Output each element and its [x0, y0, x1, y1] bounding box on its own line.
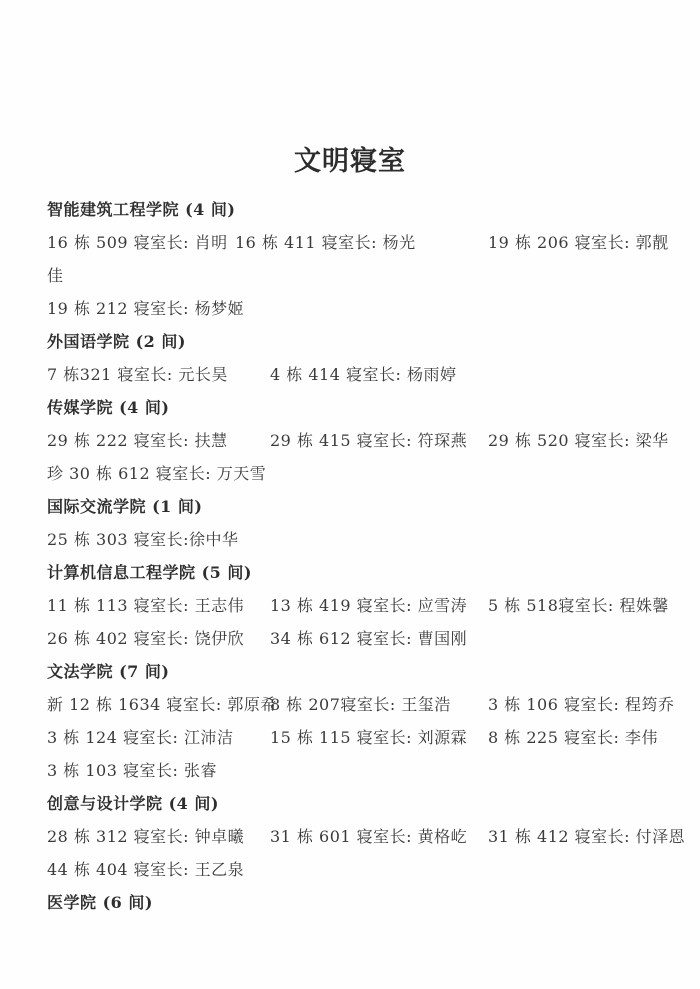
dorm-entry: 29 栋 415 寝室长: 符琛燕 [270, 428, 467, 451]
dorm-entry: 34 栋 612 寝室长: 曹国刚 [270, 626, 467, 649]
dorm-entry: 3 栋 103 寝室长: 张睿 [47, 758, 217, 781]
page-title: 文明寝室 [0, 139, 700, 178]
section-header-text: 智能建筑工程学院 (4 间) [47, 197, 235, 220]
dorm-row: 25 栋 303 寝室长:徐中华 [0, 521, 700, 554]
dorm-entry: 新 12 栋 1634 寝室长: 郭原希 [47, 692, 277, 715]
section-header: 医学院 (6 间) [0, 884, 700, 917]
dorm-row: 19 栋 212 寝室长: 杨梦姬 [0, 290, 700, 323]
dorm-row: 26 栋 402 寝室长: 饶伊欣 34 栋 612 寝室长: 曹国刚 [0, 620, 700, 653]
dorm-row: 佳 [0, 257, 700, 290]
dorm-entry: 13 栋 419 寝室长: 应雪涛 [270, 593, 467, 616]
section-header-text: 医学院 (6 间) [47, 890, 153, 913]
dorm-entry-wrap: 佳 [47, 263, 64, 286]
section-header-text: 计算机信息工程学院 (5 间) [47, 560, 252, 583]
dorm-entry: 19 栋 212 寝室长: 杨梦姬 [47, 296, 244, 319]
section-header: 文法学院 (7 间) [0, 653, 700, 686]
dorm-entry: 25 栋 303 寝室长:徐中华 [47, 527, 239, 550]
dorm-entry: 16 栋 509 寝室长: 肖明 [47, 230, 228, 253]
dorm-entry: 3 栋 106 寝室长: 程筠乔 [488, 692, 674, 715]
section-header-text: 创意与设计学院 (4 间) [47, 791, 219, 814]
dorm-row: 新 12 栋 1634 寝室长: 郭原希 8 栋 207寝室长: 王玺浩 3 栋… [0, 686, 700, 719]
dorm-entry: 44 栋 404 寝室长: 王乙泉 [47, 857, 244, 880]
dorm-row: 29 栋 222 寝室长: 扶慧 29 栋 415 寝室长: 符琛燕 29 栋 … [0, 422, 700, 455]
dorm-entry: 16 栋 411 寝室长: 杨光 [235, 230, 416, 253]
dorm-row: 11 栋 113 寝室长: 王志伟 13 栋 419 寝室长: 应雪涛 5 栋 … [0, 587, 700, 620]
section-header: 创意与设计学院 (4 间) [0, 785, 700, 818]
dorm-row: 28 栋 312 寝室长: 钟卓曦 31 栋 601 寝室长: 黄格屹 31 栋… [0, 818, 700, 851]
dorm-entry: 31 栋 412 寝室长: 付泽恩 [488, 824, 685, 847]
dorm-row: 7 栋321 寝室长: 元长昊 4 栋 414 寝室长: 杨雨婷 [0, 356, 700, 389]
dorm-row: 16 栋 509 寝室长: 肖明 16 栋 411 寝室长: 杨光 19 栋 2… [0, 224, 700, 257]
section-header: 外国语学院 (2 间) [0, 323, 700, 356]
dorm-entry: 7 栋321 寝室长: 元长昊 [47, 362, 228, 385]
dorm-entry: 5 栋 518寝室长: 程姝馨 [488, 593, 669, 616]
dorm-entry: 29 栋 222 寝室长: 扶慧 [47, 428, 228, 451]
dorm-row: 3 栋 124 寝室长: 江沛洁 15 栋 115 寝室长: 刘源霖 8 栋 2… [0, 719, 700, 752]
dorm-entry-wrap: 珍 30 栋 612 寝室长: 万天雪 [47, 461, 266, 484]
dorm-entry: 29 栋 520 寝室长: 梁华 [488, 428, 669, 451]
dorm-entry: 11 栋 113 寝室长: 王志伟 [47, 593, 244, 616]
dorm-entry: 8 栋 225 寝室长: 李伟 [488, 725, 658, 748]
dorm-row: 珍 30 栋 612 寝室长: 万天雪 [0, 455, 700, 488]
dorm-row: 3 栋 103 寝室长: 张睿 [0, 752, 700, 785]
section-header: 计算机信息工程学院 (5 间) [0, 554, 700, 587]
dorm-entry: 3 栋 124 寝室长: 江沛洁 [47, 725, 233, 748]
dorm-entry: 31 栋 601 寝室长: 黄格屹 [270, 824, 467, 847]
document-page: 文明寝室 智能建筑工程学院 (4 间) 16 栋 509 寝室长: 肖明 16 … [0, 0, 700, 989]
dorm-entry: 26 栋 402 寝室长: 饶伊欣 [47, 626, 244, 649]
section-header-text: 外国语学院 (2 间) [47, 329, 186, 352]
section-header-text: 传媒学院 (4 间) [47, 395, 169, 418]
section-header: 传媒学院 (4 间) [0, 389, 700, 422]
dorm-entry: 15 栋 115 寝室长: 刘源霖 [270, 725, 467, 748]
section-header-text: 国际交流学院 (1 间) [47, 494, 202, 517]
dorm-row: 44 栋 404 寝室长: 王乙泉 [0, 851, 700, 884]
dorm-entry: 8 栋 207寝室长: 王玺浩 [270, 692, 451, 715]
dorm-entry: 4 栋 414 寝室长: 杨雨婷 [270, 362, 456, 385]
dorm-entry: 19 栋 206 寝室长: 郭靓 [488, 230, 669, 253]
section-header: 智能建筑工程学院 (4 间) [0, 191, 700, 224]
section-header: 国际交流学院 (1 间) [0, 488, 700, 521]
section-header-text: 文法学院 (7 间) [47, 659, 169, 682]
dorm-list: 智能建筑工程学院 (4 间) 16 栋 509 寝室长: 肖明 16 栋 411… [0, 191, 700, 917]
dorm-entry: 28 栋 312 寝室长: 钟卓曦 [47, 824, 244, 847]
